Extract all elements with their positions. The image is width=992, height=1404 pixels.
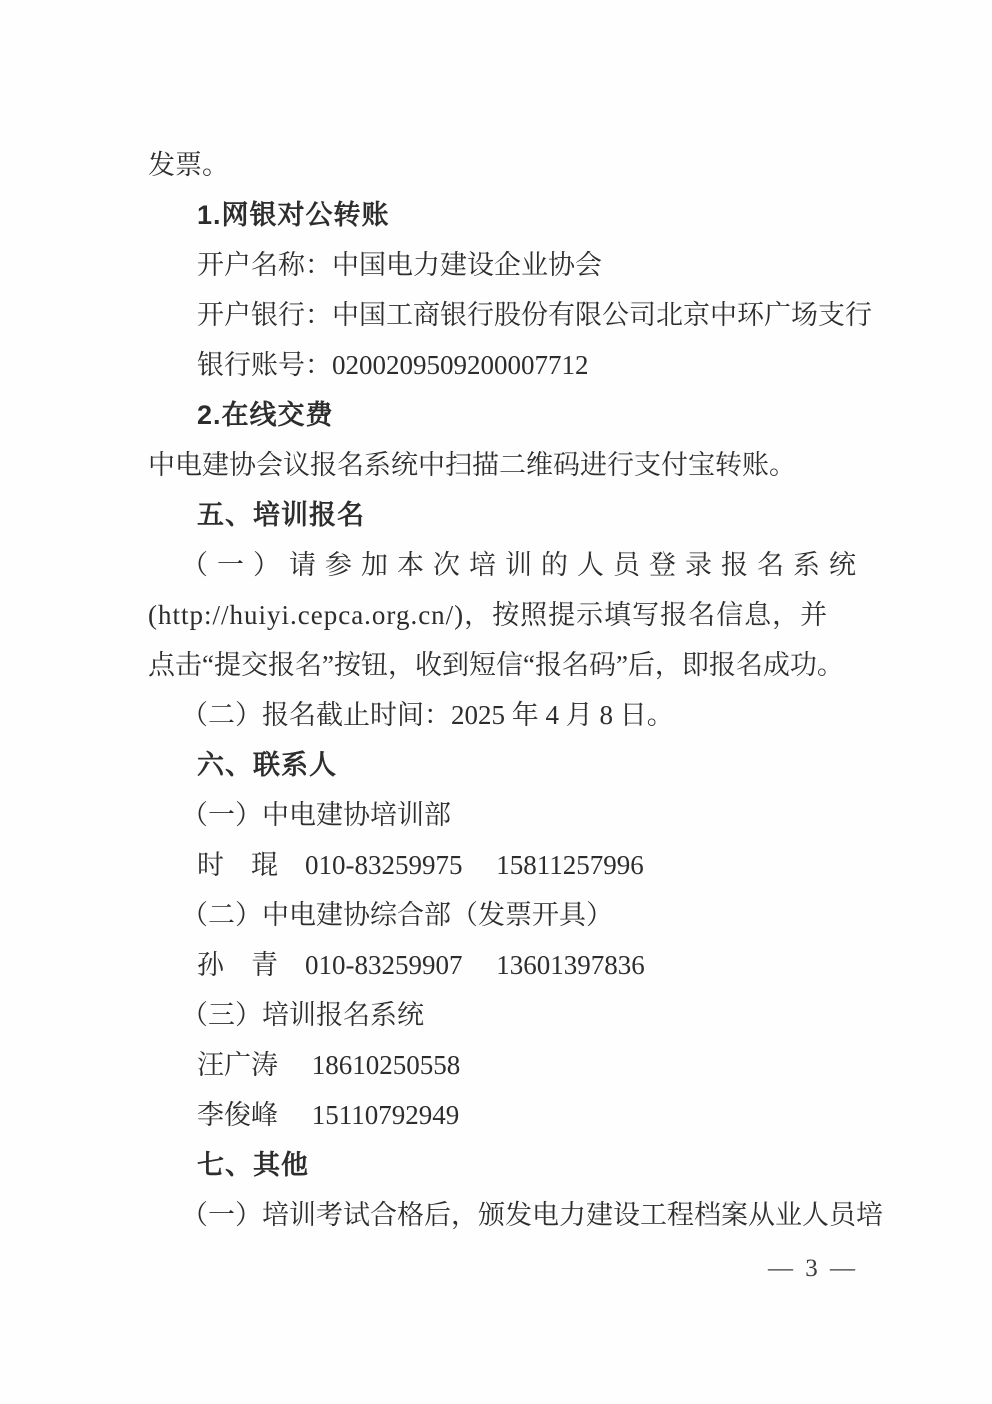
line-contact-registration-system: （三）培训报名系统 xyxy=(181,990,864,1040)
heading-section5-training-registration: 五、培训报名 xyxy=(197,490,864,540)
line-registration-deadline: （二）报名截止时间：2025 年 4 月 8 日。 xyxy=(181,690,864,740)
line-contact-dept-general-invoicing: （二）中电建协综合部（发票开具） xyxy=(181,890,864,940)
line-invoice-tail: 发票。 xyxy=(148,140,864,190)
line-alipay-instruction: 中电建协会议报名系统中扫描二维码进行支付宝转账。 xyxy=(148,440,864,490)
heading-section7-others: 七、其他 xyxy=(197,1140,864,1190)
page-number: — 3 — xyxy=(768,1252,858,1286)
document-body: 发票。 1.网银对公转账 开户名称：中国电力建设企业协会 开户银行：中国工商银行… xyxy=(148,140,864,1240)
line-registration-step: （一）请参加本次培训的人员登录报名系统 xyxy=(181,540,864,590)
line-registration-confirmation: 点击“提交报名”按钮，收到短信“报名码”后，即报名成功。 xyxy=(148,640,864,690)
line-bank-name: 开户银行：中国工商银行股份有限公司北京中环广场支行 xyxy=(197,290,864,340)
heading-section6-contacts: 六、联系人 xyxy=(197,740,864,790)
line-contact-li-junfeng: 李俊峰 15110792949 xyxy=(197,1090,864,1140)
scanned-document-page: 发票。 1.网银对公转账 开户名称：中国电力建设企业协会 开户银行：中国工商银行… xyxy=(0,0,992,1404)
line-contact-shi-kun: 时 琨 010-83259975 15811257996 xyxy=(197,840,864,890)
line-bank-account-number: 银行账号：0200209509200007712 xyxy=(197,340,864,390)
line-certificate-issuance: （一）培训考试合格后，颁发电力建设工程档案从业人员培 xyxy=(181,1190,864,1240)
line-account-holder-name: 开户名称：中国电力建设企业协会 xyxy=(197,240,864,290)
line-contact-dept-training: （一）中电建协培训部 xyxy=(181,790,864,840)
line-contact-sun-qing: 孙 青 010-83259907 13601397836 xyxy=(197,940,864,990)
line-contact-wang-guangtao: 汪广涛 18610250558 xyxy=(197,1040,864,1090)
line-registration-url: (http://huiyi.cepca.org.cn/)，按照提示填写报名信息，… xyxy=(148,590,864,640)
heading-online-bank-transfer: 1.网银对公转账 xyxy=(197,190,864,240)
heading-online-payment: 2.在线交费 xyxy=(197,390,864,440)
